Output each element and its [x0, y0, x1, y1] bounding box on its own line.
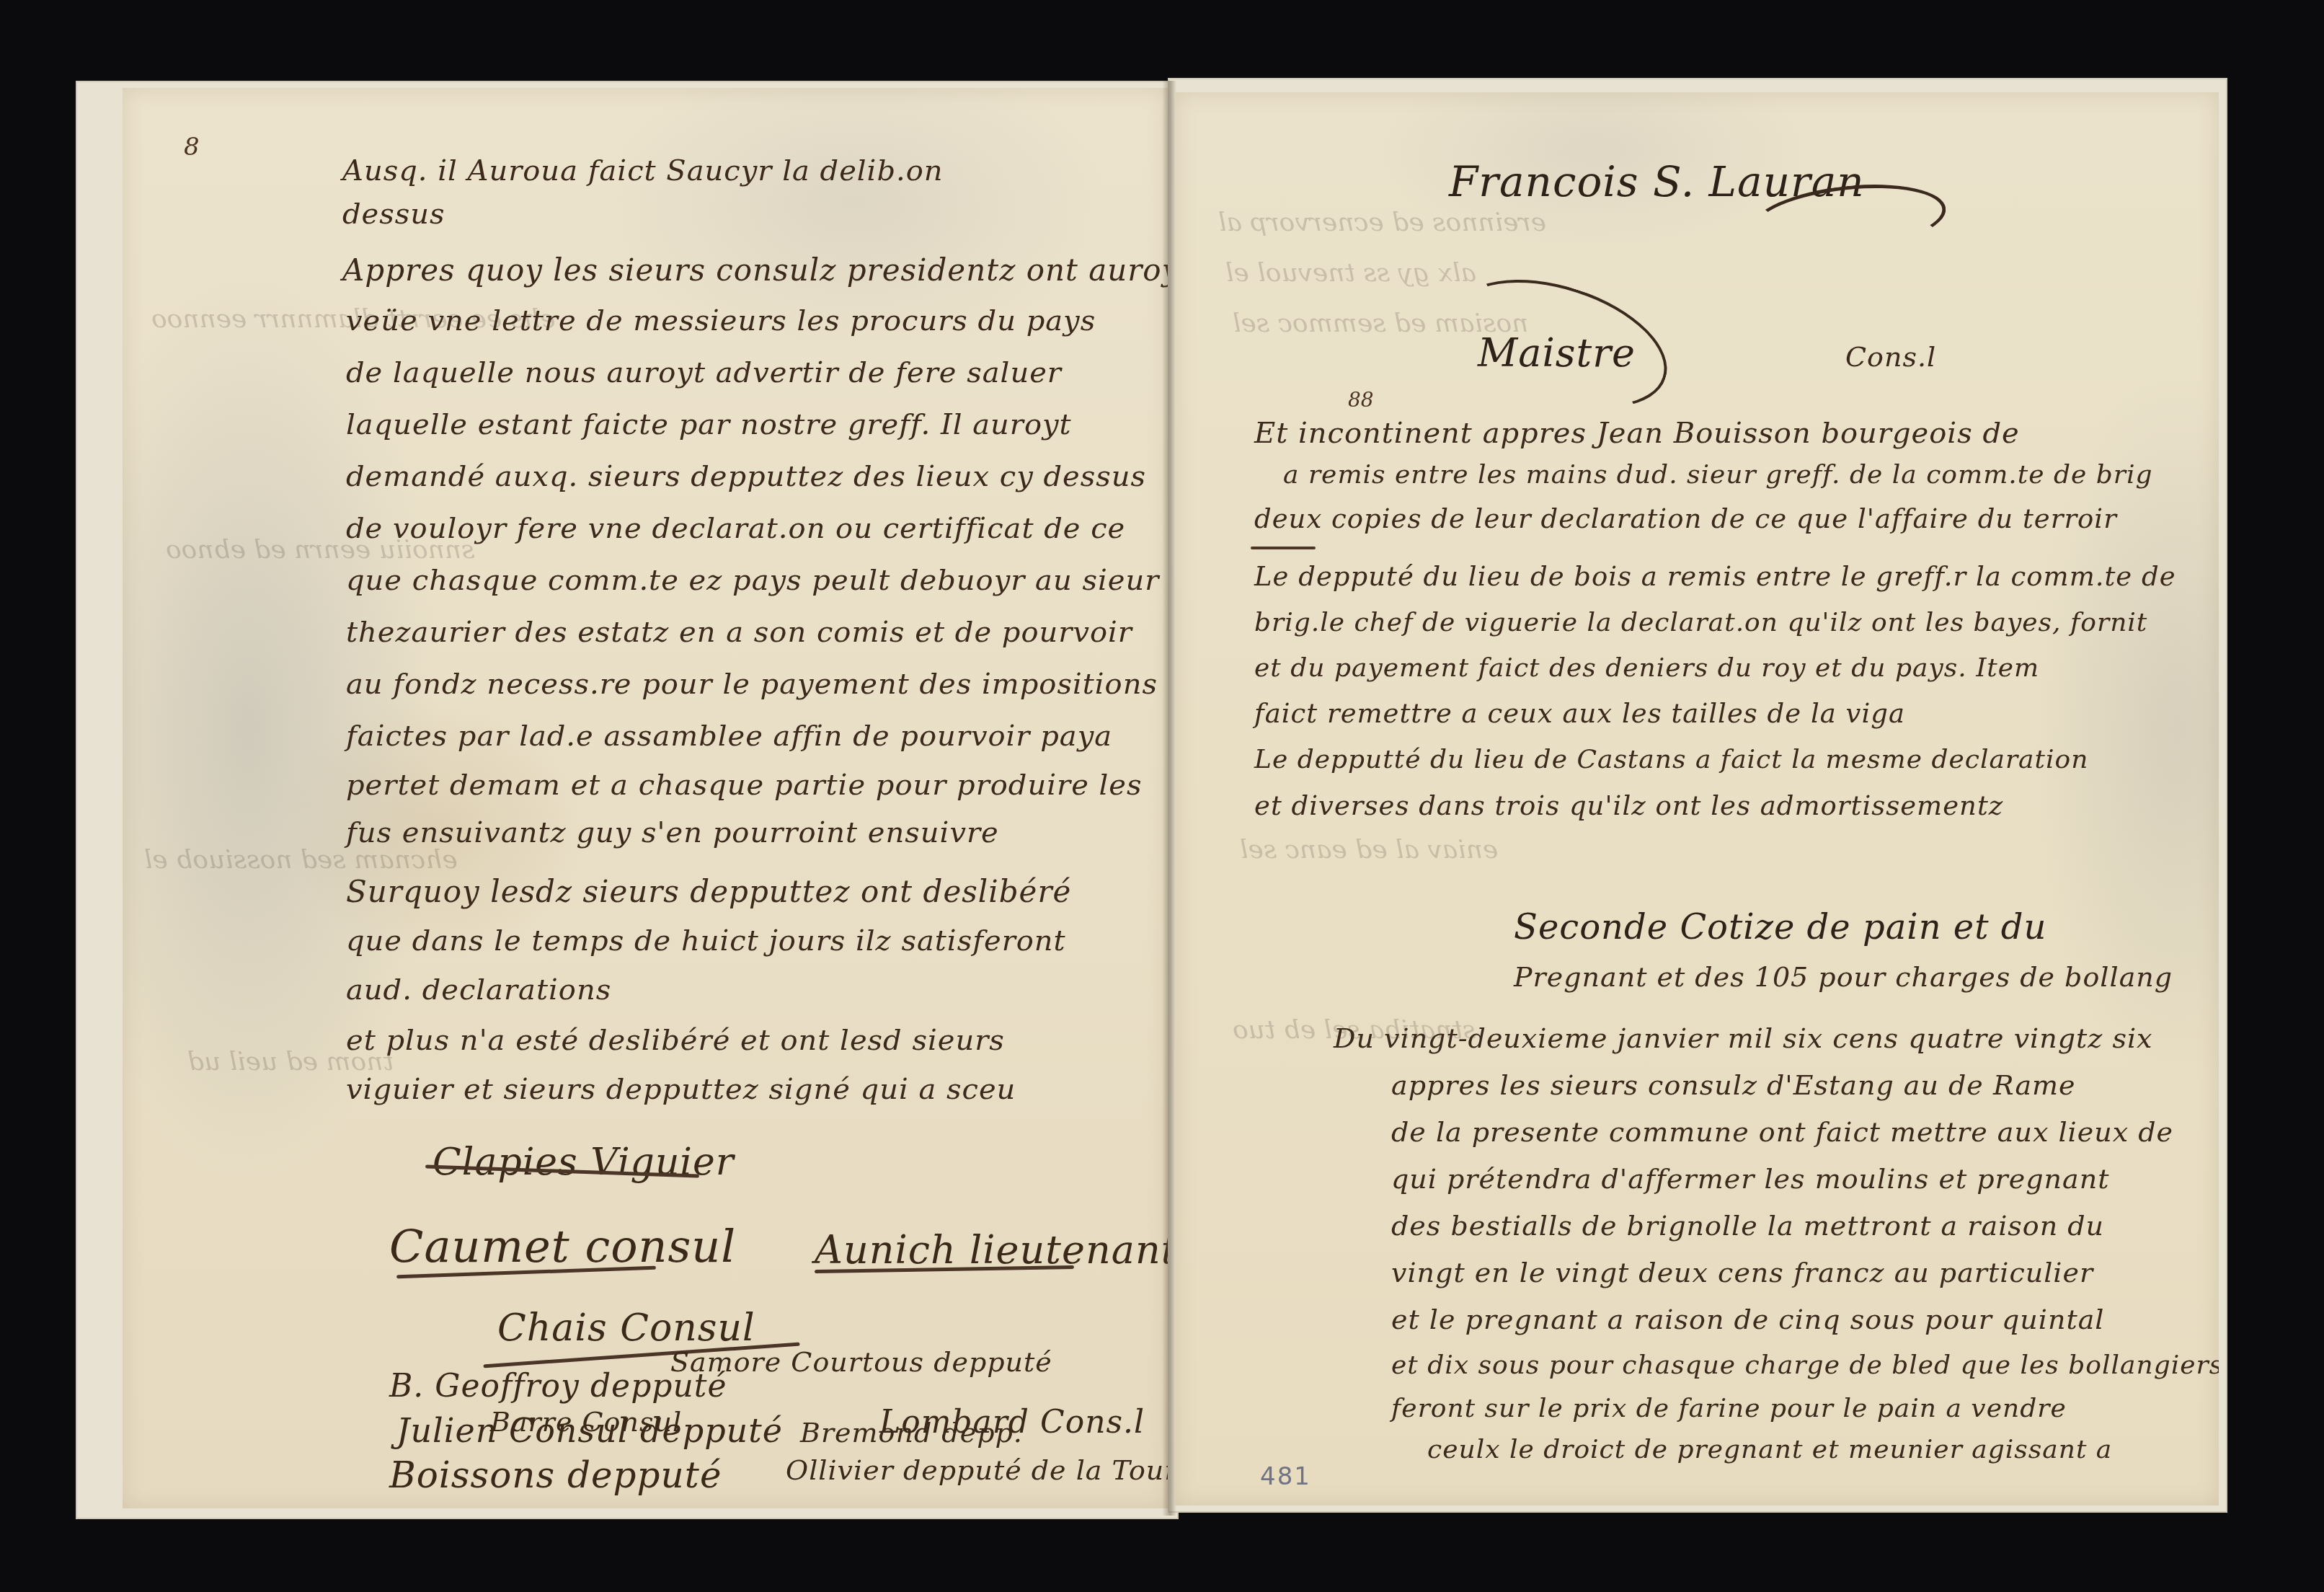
- text-line: que dans le temps de huict jours ilz sat…: [346, 924, 1066, 958]
- folio-number: 481: [1260, 1462, 1311, 1491]
- text-line: deux copies de leur declaration de ce qu…: [1254, 503, 2117, 534]
- text-line: et plus n'a esté deslibéré et ont lesd s…: [346, 1024, 1005, 1057]
- text-line: viguier et sieurs depputtez signé qui a …: [346, 1073, 1016, 1106]
- text-line: Et incontinent appres Jean Bouisson bour…: [1254, 417, 2020, 450]
- bleed-through-text: ereinnos ed ecnervorp al: [1218, 208, 1546, 237]
- text-line: et le pregnant a raison de cinq sous pou…: [1391, 1304, 2105, 1335]
- signature: Ollivier depputé de la Tour: [786, 1454, 1168, 1486]
- text-line: feront sur le prix de farine pour le pai…: [1391, 1394, 2067, 1423]
- text-line: et diverses dans trois qu'ilz ont les ad…: [1254, 790, 2003, 821]
- text-line: demandé auxq. sieurs depputtez des lieux…: [346, 460, 1146, 493]
- text-line: Appres quoy les sieurs consulz president…: [342, 252, 1168, 288]
- gutter-fold: [1162, 81, 1176, 1516]
- text-line: Surquoy lesdz sieurs depputtez ont desli…: [346, 874, 1071, 909]
- text-line: que chasque comm.te ez pays peult debuoy…: [346, 564, 1159, 597]
- bleed-through-text: alx gy ss tnevuol el: [1225, 258, 1476, 288]
- text-line: au fondz necess.re pour le payement des …: [346, 668, 1158, 701]
- text-line: laquelle estant faicte par nostre greff.…: [346, 408, 1072, 441]
- signature: Barre Consul: [490, 1406, 682, 1438]
- text-line: faictes par lad.e assamblee affin de pou…: [346, 720, 1112, 753]
- bleed-through-text: eniav al ed eanc sel: [1240, 835, 1498, 864]
- text-line: a remis entre les mains dud. sieur greff…: [1283, 460, 2153, 490]
- text-line: qui prétendra d'affermer les moulins et …: [1391, 1163, 2109, 1195]
- text-line: appres les sieurs consulz d'Estang au de…: [1391, 1069, 2076, 1101]
- text-line: veüe vne lettre de messieurs les procurs…: [346, 304, 1096, 337]
- section-rule: [1251, 547, 1316, 549]
- section-title: Seconde Cotize de pain et du: [1514, 907, 2046, 947]
- right-page: ereinnos ed ecnervorp al alx gy ss tnevu…: [1175, 92, 2219, 1505]
- text-line: ceulx le droict de pregnant et meunier a…: [1427, 1435, 2112, 1464]
- text-line: Ausq. il Auroua faict Saucyr la delib.on: [342, 154, 944, 187]
- margin-mark: 88: [1348, 388, 1374, 412]
- text-line: brig.le chef de viguerie la declarat.on …: [1254, 608, 2147, 637]
- text-line: aud. declarations: [346, 973, 611, 1007]
- signature: Chais Consul: [497, 1306, 755, 1350]
- text-line: Le depputé du lieu de bois a remis entre…: [1254, 561, 2176, 592]
- text-line: de vouloyr fere vne declarat.on ou certi…: [346, 512, 1125, 545]
- text-line: de la presente commune ont faict mettre …: [1391, 1116, 2173, 1148]
- signature: Bremond depp.: [800, 1417, 1023, 1449]
- text-line: thezaurier des estatz en a son comis et …: [346, 616, 1132, 649]
- signature: Samore Courtous depputé: [670, 1346, 1052, 1378]
- signature: Boissons depputé: [389, 1454, 722, 1496]
- left-page: ehs ee eerrtt dlamnnrr eennoo snnoiiu ee…: [123, 88, 1168, 1508]
- text-line: fus ensuivantz guy s'en pourroint ensuiv…: [346, 816, 999, 849]
- subheading: Maistre: [1478, 330, 1636, 376]
- text-line: des bestialls de brignolle la mettront a…: [1391, 1210, 2104, 1242]
- text-line: Le depputté du lieu de Castans a faict l…: [1254, 745, 2088, 774]
- signature: Caumet consul: [389, 1220, 736, 1273]
- text-line: dessus: [342, 198, 445, 231]
- text-line: faict remettre a ceux aux les tailles de…: [1254, 698, 1905, 729]
- signature: Aunich lieutenant: [815, 1227, 1168, 1273]
- subheading-note: Cons.l: [1845, 341, 1936, 373]
- text-line: pertet demam et a chasque partie pour pr…: [346, 769, 1143, 802]
- text-line: Du vingt-deuxieme janvier mil six cens q…: [1334, 1022, 2153, 1054]
- text-line: et du payement faict des deniers du roy …: [1254, 653, 2039, 683]
- bleed-through-text: ehcnam sed nossiuob el: [144, 845, 458, 875]
- page-corner-mark: 8: [184, 133, 200, 162]
- section-title: Pregnant et des 105 pour charges de boll…: [1514, 961, 2173, 993]
- text-line: vingt en le vingt deux cens francz au pa…: [1391, 1257, 2093, 1288]
- text-line: de laquelle nous auroyt advertir de fere…: [346, 356, 1062, 389]
- text-line: et dix sous pour chasque charge de bled …: [1391, 1350, 2219, 1380]
